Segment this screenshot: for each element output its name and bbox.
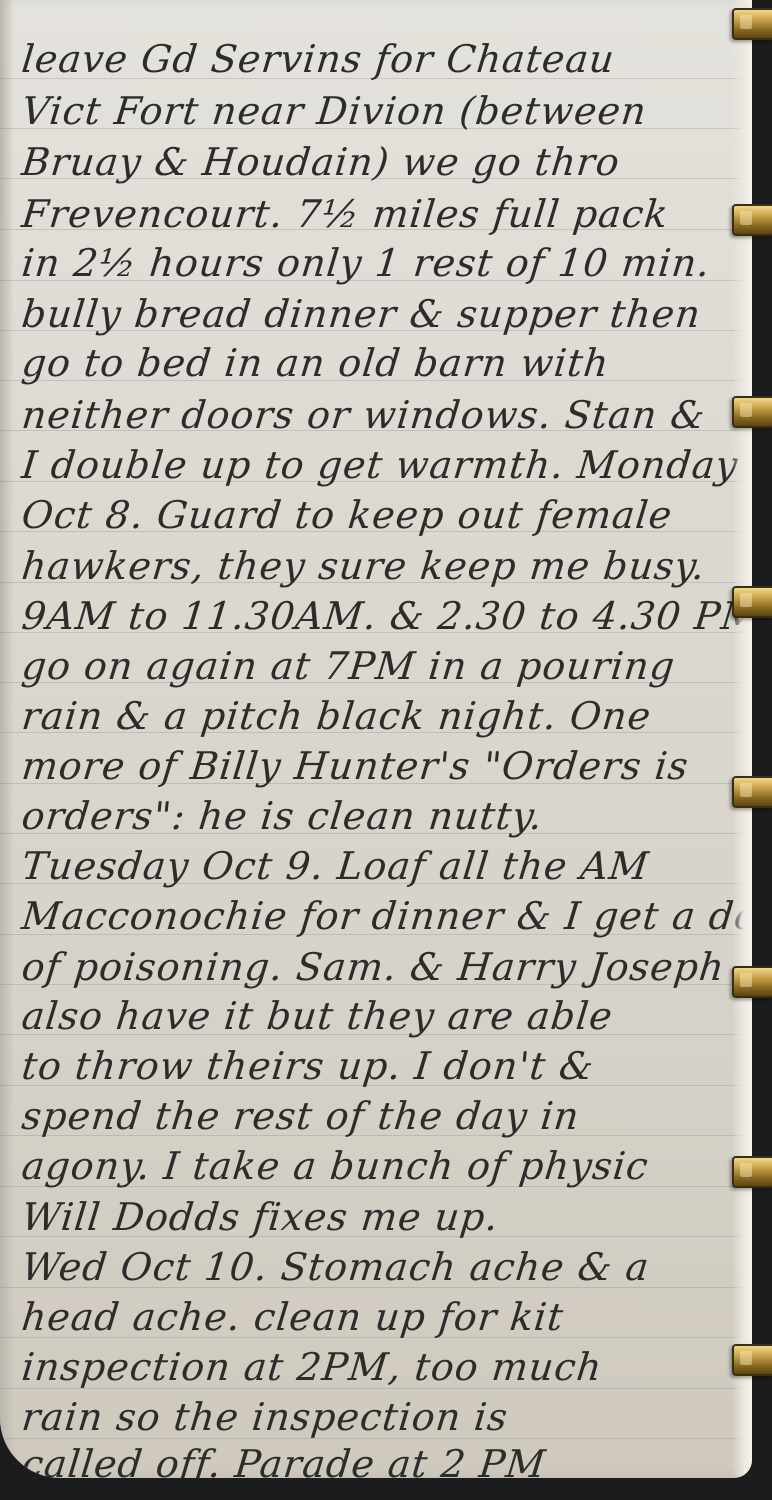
- binding-ring-icon: [732, 1344, 772, 1376]
- diary-line: more of Billy Hunter's "Orders is: [20, 747, 744, 785]
- diary-line: Tuesday Oct 9. Loaf all the AM: [20, 847, 744, 885]
- binding-ring-icon: [732, 966, 772, 998]
- diary-line: neither doors or windows. Stan &: [20, 396, 744, 434]
- diary-line: called off. Parade at 2 PM: [20, 1445, 744, 1478]
- diary-line: in 2½ hours only 1 rest of 10 min.: [20, 244, 744, 282]
- diary-line: agony. I take a bunch of physic: [20, 1147, 744, 1185]
- diary-line: head ache. clean up for kit: [20, 1298, 744, 1336]
- diary-line: of poisoning. Sam. & Harry Joseph: [20, 948, 744, 986]
- diary-line: bully bread dinner & supper then: [20, 295, 744, 333]
- binding-ring-icon: [732, 204, 772, 236]
- diary-line: inspection at 2PM, too much: [20, 1348, 744, 1386]
- binding-ring-icon: [732, 586, 772, 618]
- binding-ring-icon: [732, 776, 772, 808]
- diary-line: Will Dodds fixes me up.: [20, 1198, 744, 1236]
- binding-ring-icon: [732, 396, 772, 428]
- diary-line: Frevencourt. 7½ miles full pack: [20, 195, 744, 233]
- diary-line: also have it but they are able: [20, 997, 744, 1035]
- diary-line: rain so the inspection is: [20, 1398, 744, 1436]
- binding-ring-icon: [732, 8, 772, 40]
- binding-ring-icon: [732, 1156, 772, 1188]
- diary-line: spend the rest of the day in: [20, 1097, 744, 1135]
- diary-line: I double up to get warmth. Monday: [20, 446, 744, 484]
- diary-line: Macconochie for dinner & I get a dose: [20, 897, 744, 935]
- diary-line: Wed Oct 10. Stomach ache & a: [20, 1248, 744, 1286]
- diary-line: Oct 8. Guard to keep out female: [20, 496, 744, 534]
- diary-line: orders": he is clean nutty.: [20, 797, 744, 835]
- diary-page: leave Gd Servins for Chateau Vict Fort n…: [0, 0, 752, 1478]
- diary-line: Bruay & Houdain) we go thro: [20, 143, 744, 181]
- diary-line: hawkers, they sure keep me busy.: [20, 547, 744, 585]
- diary-line: leave Gd Servins for Chateau: [20, 40, 744, 78]
- diary-line: to throw theirs up. I don't &: [20, 1047, 744, 1085]
- diary-line: go on again at 7PM in a pouring: [20, 647, 744, 685]
- diary-line: rain & a pitch black night. One: [20, 697, 744, 735]
- diary-line: 9AM to 11.30AM. & 2.30 to 4.30 PM. &: [20, 597, 744, 635]
- diary-line: go to bed in an old barn with: [20, 344, 744, 382]
- diary-line: Vict Fort near Divion (between: [20, 92, 744, 130]
